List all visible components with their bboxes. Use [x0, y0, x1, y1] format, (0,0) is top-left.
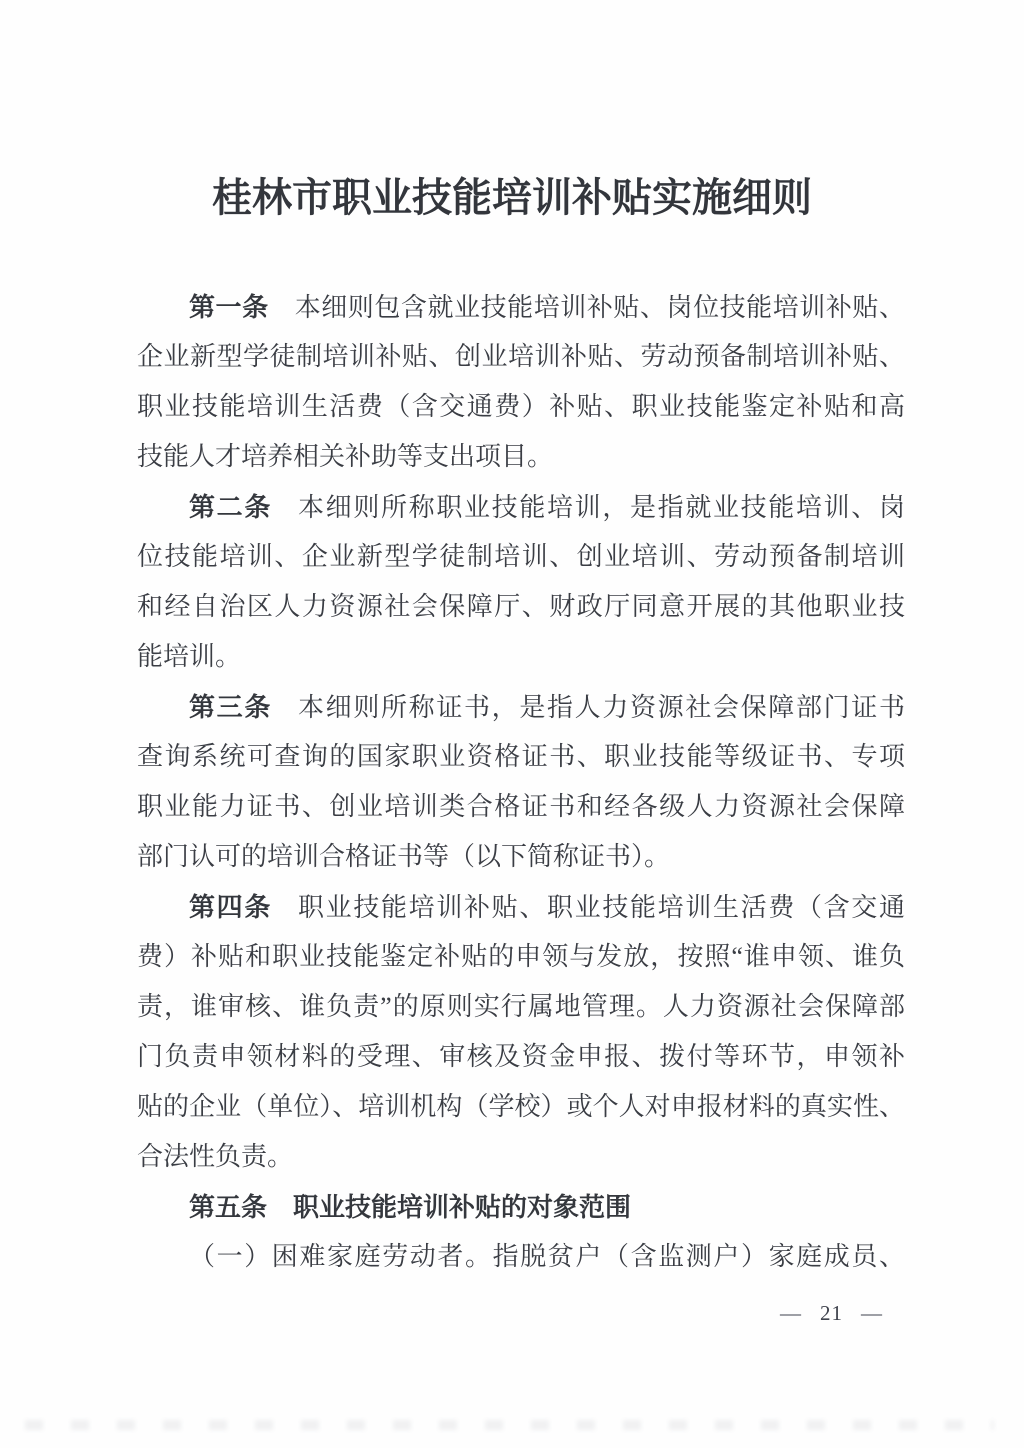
text-line: 费）补贴和职业技能鉴定补贴的申领与发放，按照“谁申领、谁负	[137, 932, 905, 982]
article-label: 第四条	[189, 892, 272, 922]
text-line: 第四条职业技能培训补贴、职业技能培训生活费（含交通	[137, 882, 905, 932]
document-page: 桂林市职业技能培训补贴实施细则 第一条本细则包含就业技能培训补贴、岗位技能培训补…	[0, 0, 1024, 1448]
footer-dash-left: —	[780, 1301, 802, 1325]
text-line: 职业能力证书、创业培训类合格证书和经各级人力资源社会保障	[137, 782, 905, 832]
text-line: 贴的企业（单位）、培训机构（学校）或个人对申报材料的真实性、	[137, 1082, 905, 1132]
page-footer: —21—	[771, 1298, 892, 1328]
text-line: 门负责申领材料的受理、审核及资金申报、拨付等环节，申领补	[137, 1032, 905, 1082]
scan-artifact	[25, 1420, 994, 1430]
article-label: 第二条	[189, 492, 272, 522]
text-line: 第二条本细则所称职业技能培训，是指就业技能培训、岗	[137, 482, 905, 532]
text-line: 第一条本细则包含就业技能培训补贴、岗位技能培训补贴、	[137, 282, 905, 332]
text-line: 职业技能培训生活费（含交通费）补贴、职业技能鉴定补贴和高	[137, 382, 905, 432]
text-line: 第三条本细则所称证书，是指人力资源社会保障部门证书	[137, 682, 905, 732]
text-line: （一）困难家庭劳动者。指脱贫户（含监测户）家庭成员、	[137, 1232, 905, 1282]
footer-dash-right: —	[861, 1301, 883, 1325]
page-number: 21	[820, 1301, 843, 1325]
text-line: 位技能培训、企业新型学徒制培训、创业培训、劳动预备制培训	[137, 532, 905, 582]
text-line: 和经自治区人力资源社会保障厅、财政厅同意开展的其他职业技	[137, 582, 905, 632]
text-line: 能培训。	[137, 632, 905, 682]
article-label: 第五条	[189, 1192, 267, 1222]
document-body: 第一条本细则包含就业技能培训补贴、岗位技能培训补贴、企业新型学徒制培训补贴、创业…	[137, 282, 905, 1282]
text-line: 查询系统可查询的国家职业资格证书、职业技能等级证书、专项	[137, 732, 905, 782]
text-line: 技能人才培养相关补助等支出项目。	[137, 432, 905, 482]
article-label: 第三条	[189, 692, 272, 722]
text-line: 责，谁审核、谁负责”的原则实行属地管理。人力资源社会保障部	[137, 982, 905, 1032]
text-line: 第五条职业技能培训补贴的对象范围	[137, 1182, 905, 1232]
document-title: 桂林市职业技能培训补贴实施细则	[0, 172, 1024, 224]
article-label: 第一条	[189, 292, 269, 322]
text-line: 部门认可的培训合格证书等（以下简称证书）。	[137, 832, 905, 882]
text-line: 企业新型学徒制培训补贴、创业培训补贴、劳动预备制培训补贴、	[137, 332, 905, 382]
text-line: 合法性负责。	[137, 1132, 905, 1182]
